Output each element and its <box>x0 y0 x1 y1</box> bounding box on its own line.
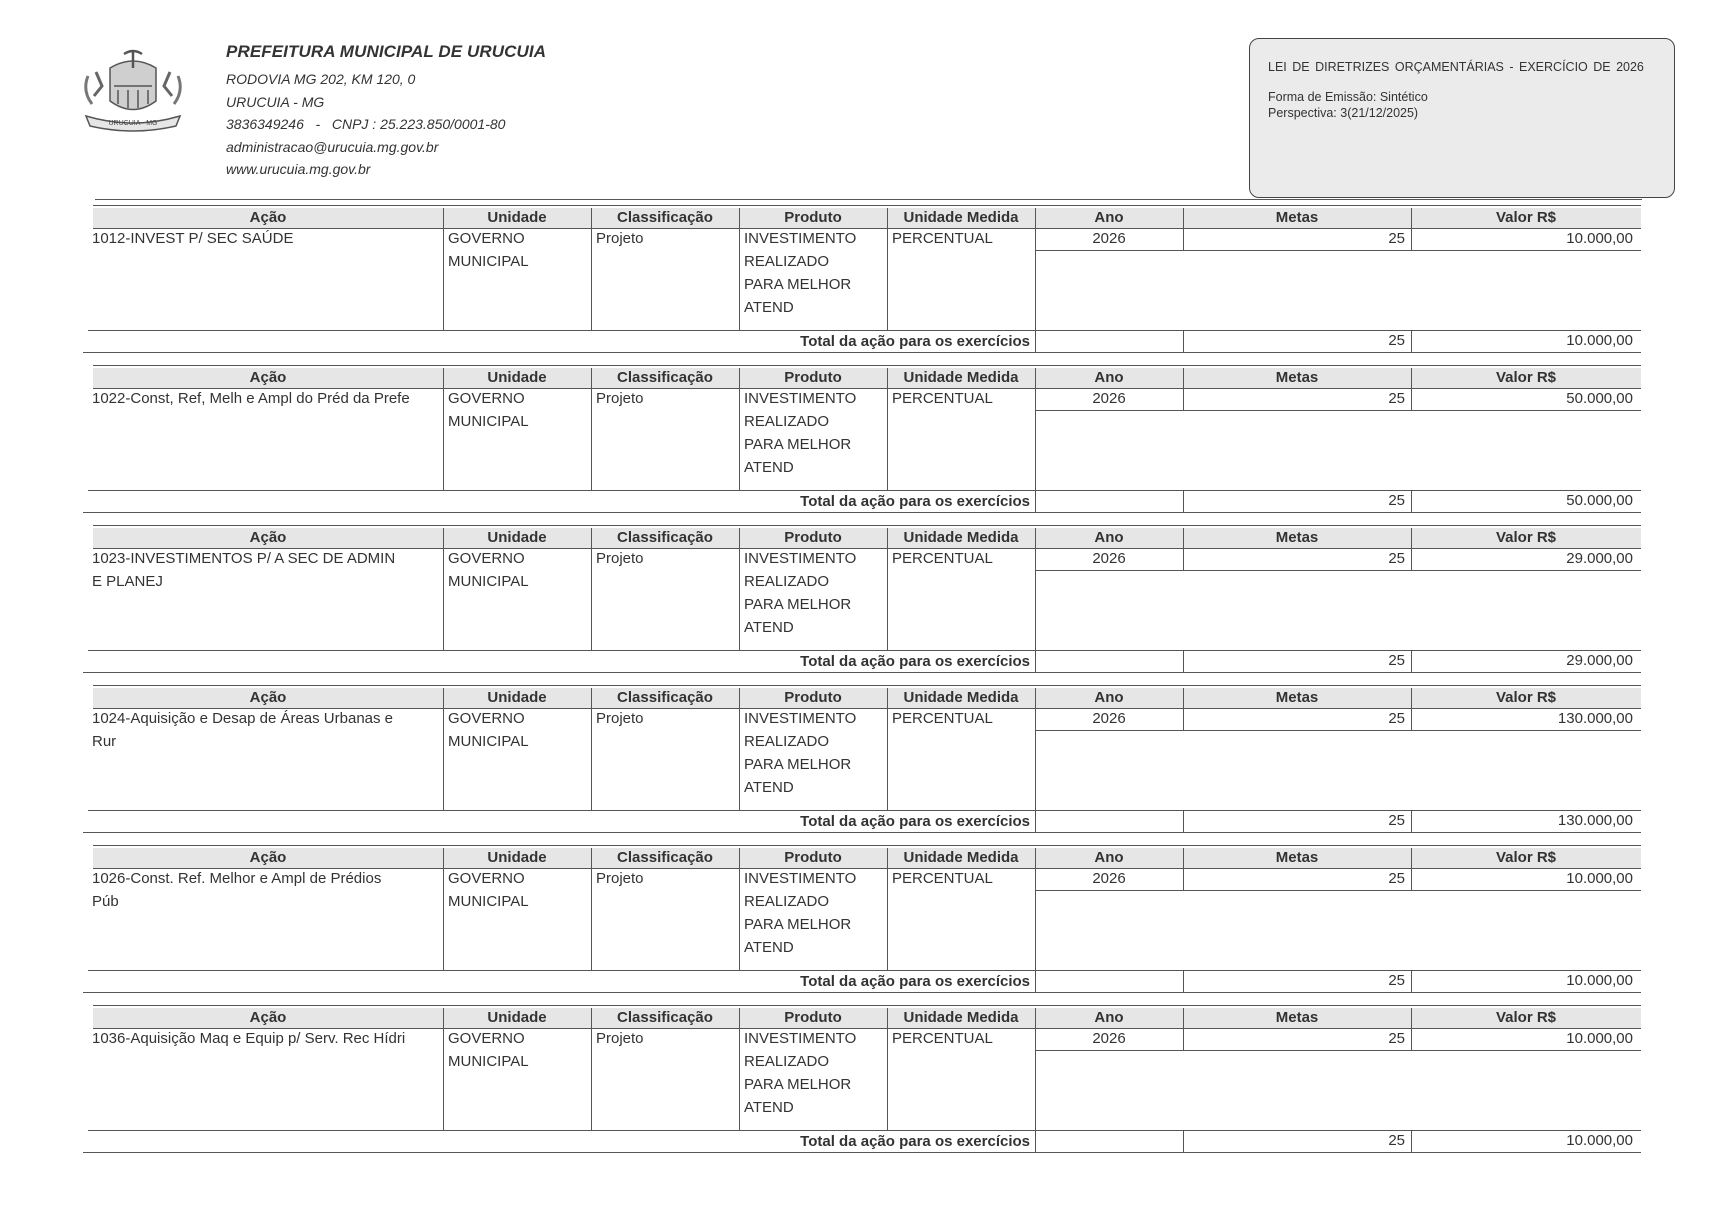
cell-unidade-medida: PERCENTUAL <box>892 707 1032 730</box>
total-valor: 10.000,00 <box>1411 1130 1633 1152</box>
cell-metas: 25 <box>1183 547 1405 570</box>
report-title: LEI DE DIRETRIZES ORÇAMENTÁRIAS - EXERCÍ… <box>1268 59 1656 75</box>
section-bottom-rule <box>83 832 1641 833</box>
cell-ano: 2026 <box>1035 547 1183 570</box>
table-header: Ação Unidade Classificação Produto Unida… <box>93 688 1641 709</box>
total-metas: 25 <box>1183 970 1405 992</box>
cell-acao: 1024-Aquisição e Desap de Áreas Urbanas … <box>92 707 442 753</box>
cell-classificacao: Projeto <box>596 227 736 250</box>
cell-ano: 2026 <box>1035 1027 1183 1050</box>
row-bottom-rule <box>88 1130 1641 1131</box>
column-header-ano: Ano <box>1035 688 1183 708</box>
column-header-unidade: Unidade <box>443 368 591 388</box>
row-divider <box>1035 1050 1641 1051</box>
cell-classificacao: Projeto <box>596 707 736 730</box>
row-divider <box>1035 730 1641 731</box>
cell-unidade-medida: PERCENTUAL <box>892 547 1032 570</box>
cell-acao: 1036-Aquisição Maq e Equip p/ Serv. Rec … <box>92 1027 442 1050</box>
organization-phone-cnpj: 3836349246 - CNPJ : 25.223.850/0001-80 <box>226 113 546 136</box>
column-divider <box>739 528 740 650</box>
column-header-valor: Valor R$ <box>1411 688 1641 708</box>
organization-name: PREFEITURA MUNICIPAL DE URUCUIA <box>226 42 546 62</box>
cell-metas: 25 <box>1183 387 1405 410</box>
column-divider <box>591 208 592 330</box>
total-valor: 50.000,00 <box>1411 490 1633 512</box>
organization-website: www.urucuia.mg.gov.br <box>226 158 546 181</box>
row-divider <box>1035 570 1641 571</box>
column-header-classificacao: Classificação <box>591 688 739 708</box>
column-divider <box>591 848 592 970</box>
action-section: Ação Unidade Classificação Produto Unida… <box>88 205 1641 355</box>
column-divider <box>591 1008 592 1130</box>
total-valor: 130.000,00 <box>1411 810 1633 832</box>
action-section: Ação Unidade Classificação Produto Unida… <box>88 685 1641 835</box>
column-header-classificacao: Classificação <box>591 208 739 228</box>
section-top-rule <box>93 205 1641 206</box>
cell-unidade: GOVERNOMUNICIPAL <box>448 547 588 593</box>
row-bottom-rule <box>88 330 1641 331</box>
row-bottom-rule <box>88 490 1641 491</box>
total-label: Total da ação para os exercícios <box>688 1132 1030 1152</box>
column-header-ano: Ano <box>1035 208 1183 228</box>
table-header: Ação Unidade Classificação Produto Unida… <box>93 528 1641 549</box>
action-section: Ação Unidade Classificação Produto Unida… <box>88 365 1641 515</box>
column-header-ano: Ano <box>1035 1008 1183 1028</box>
total-metas: 25 <box>1183 490 1405 512</box>
row-bottom-rule <box>88 970 1641 971</box>
column-header-unidade-medida: Unidade Medida <box>887 688 1035 708</box>
section-bottom-rule <box>83 352 1641 353</box>
action-section: Ação Unidade Classificação Produto Unida… <box>88 525 1641 675</box>
column-header-unidade: Unidade <box>443 208 591 228</box>
cell-valor: 50.000,00 <box>1411 387 1633 410</box>
total-metas: 25 <box>1183 810 1405 832</box>
header-divider <box>95 199 1642 200</box>
cell-ano: 2026 <box>1035 707 1183 730</box>
column-header-unidade-medida: Unidade Medida <box>887 1008 1035 1028</box>
table-header: Ação Unidade Classificação Produto Unida… <box>93 848 1641 869</box>
cell-unidade: GOVERNOMUNICIPAL <box>448 227 588 273</box>
column-header-unidade: Unidade <box>443 528 591 548</box>
action-section: Ação Unidade Classificação Produto Unida… <box>88 845 1641 995</box>
section-top-rule <box>93 365 1641 366</box>
section-top-rule <box>93 1005 1641 1006</box>
column-header-valor: Valor R$ <box>1411 528 1641 548</box>
column-header-ano: Ano <box>1035 848 1183 868</box>
column-header-acao: Ação <box>93 368 443 388</box>
total-label: Total da ação para os exercícios <box>688 652 1030 672</box>
column-divider <box>739 368 740 490</box>
column-header-acao: Ação <box>93 688 443 708</box>
section-top-rule <box>93 845 1641 846</box>
section-top-rule <box>93 525 1641 526</box>
cell-unidade: GOVERNOMUNICIPAL <box>448 1027 588 1073</box>
cell-metas: 25 <box>1183 1027 1405 1050</box>
cell-ano: 2026 <box>1035 867 1183 890</box>
column-divider <box>739 1008 740 1130</box>
section-bottom-rule <box>83 512 1641 513</box>
column-header-valor: Valor R$ <box>1411 848 1641 868</box>
cell-classificacao: Projeto <box>596 867 736 890</box>
cell-produto: INVESTIMENTOREALIZADOPARA MELHORATEND <box>744 867 884 959</box>
column-divider <box>443 1008 444 1130</box>
column-header-classificacao: Classificação <box>591 848 739 868</box>
column-header-produto: Produto <box>739 848 887 868</box>
section-bottom-rule <box>83 992 1641 993</box>
cell-classificacao: Projeto <box>596 387 736 410</box>
organization-header: PREFEITURA MUNICIPAL DE URUCUIA RODOVIA … <box>226 42 546 181</box>
cell-valor: 130.000,00 <box>1411 707 1633 730</box>
municipal-coat-of-arms-icon: URUCUIA - MG <box>78 46 188 136</box>
cell-valor: 10.000,00 <box>1411 867 1633 890</box>
section-bottom-rule <box>83 1152 1641 1153</box>
svg-text:URUCUIA - MG: URUCUIA - MG <box>109 120 158 127</box>
cell-acao: 1022-Const, Ref, Melh e Ampl do Préd da … <box>92 387 442 410</box>
column-divider <box>739 848 740 970</box>
column-divider <box>887 1008 888 1130</box>
column-divider <box>591 688 592 810</box>
cell-produto: INVESTIMENTOREALIZADOPARA MELHORATEND <box>744 547 884 639</box>
row-divider <box>1035 410 1641 411</box>
total-metas: 25 <box>1183 1130 1405 1152</box>
column-divider <box>887 688 888 810</box>
organization-email: administracao@urucuia.mg.gov.br <box>226 136 546 159</box>
cell-produto: INVESTIMENTOREALIZADOPARA MELHORATEND <box>744 387 884 479</box>
total-label: Total da ação para os exercícios <box>688 812 1030 832</box>
column-divider <box>887 848 888 970</box>
total-label: Total da ação para os exercícios <box>688 492 1030 512</box>
total-label: Total da ação para os exercícios <box>688 972 1030 992</box>
cell-metas: 25 <box>1183 707 1405 730</box>
column-header-metas: Metas <box>1183 848 1411 868</box>
cell-unidade-medida: PERCENTUAL <box>892 227 1032 250</box>
column-divider <box>443 368 444 490</box>
total-valor: 29.000,00 <box>1411 650 1633 672</box>
column-divider <box>443 688 444 810</box>
perspective: Perspectiva: 3(21/12/2025) <box>1268 105 1656 121</box>
column-header-classificacao: Classificação <box>591 1008 739 1028</box>
row-divider <box>1035 250 1641 251</box>
column-header-valor: Valor R$ <box>1411 208 1641 228</box>
column-divider <box>443 528 444 650</box>
report-info-box: LEI DE DIRETRIZES ORÇAMENTÁRIAS - EXERCÍ… <box>1249 38 1675 198</box>
column-divider <box>591 528 592 650</box>
column-header-produto: Produto <box>739 688 887 708</box>
cell-ano: 2026 <box>1035 387 1183 410</box>
cell-unidade-medida: PERCENTUAL <box>892 387 1032 410</box>
cell-unidade: GOVERNOMUNICIPAL <box>448 867 588 913</box>
column-header-produto: Produto <box>739 368 887 388</box>
cell-acao: 1026-Const. Ref. Melhor e Ampl de Prédio… <box>92 867 442 913</box>
total-metas: 25 <box>1183 330 1405 352</box>
cell-metas: 25 <box>1183 867 1405 890</box>
total-label: Total da ação para os exercícios <box>688 332 1030 352</box>
cell-produto: INVESTIMENTOREALIZADOPARA MELHORATEND <box>744 1027 884 1119</box>
column-header-unidade: Unidade <box>443 1008 591 1028</box>
cell-unidade-medida: PERCENTUAL <box>892 867 1032 890</box>
column-divider <box>443 208 444 330</box>
column-header-unidade-medida: Unidade Medida <box>887 208 1035 228</box>
cell-metas: 25 <box>1183 227 1405 250</box>
row-bottom-rule <box>88 810 1641 811</box>
organization-city: URUCUIA - MG <box>226 91 546 114</box>
row-divider <box>1035 890 1641 891</box>
column-divider <box>739 688 740 810</box>
total-valor: 10.000,00 <box>1411 330 1633 352</box>
column-header-metas: Metas <box>1183 368 1411 388</box>
section-bottom-rule <box>83 672 1641 673</box>
column-header-valor: Valor R$ <box>1411 1008 1641 1028</box>
column-header-acao: Ação <box>93 848 443 868</box>
cell-unidade: GOVERNOMUNICIPAL <box>448 707 588 753</box>
organization-address: RODOVIA MG 202, KM 120, 0 <box>226 68 546 91</box>
cell-valor: 29.000,00 <box>1411 547 1633 570</box>
column-header-acao: Ação <box>93 528 443 548</box>
cell-valor: 10.000,00 <box>1411 1027 1633 1050</box>
column-divider <box>443 848 444 970</box>
cell-valor: 10.000,00 <box>1411 227 1633 250</box>
column-divider <box>887 368 888 490</box>
cell-acao: 1012-INVEST P/ SEC SAÚDE <box>92 227 442 250</box>
column-divider <box>887 528 888 650</box>
column-header-unidade-medida: Unidade Medida <box>887 848 1035 868</box>
cell-unidade: GOVERNOMUNICIPAL <box>448 387 588 433</box>
column-divider <box>591 368 592 490</box>
section-top-rule <box>93 685 1641 686</box>
column-header-unidade: Unidade <box>443 848 591 868</box>
table-header: Ação Unidade Classificação Produto Unida… <box>93 368 1641 389</box>
cell-produto: INVESTIMENTOREALIZADOPARA MELHORATEND <box>744 227 884 319</box>
cell-classificacao: Projeto <box>596 1027 736 1050</box>
cell-produto: INVESTIMENTOREALIZADOPARA MELHORATEND <box>744 707 884 799</box>
column-header-metas: Metas <box>1183 688 1411 708</box>
column-header-classificacao: Classificação <box>591 528 739 548</box>
column-header-unidade: Unidade <box>443 688 591 708</box>
column-header-metas: Metas <box>1183 208 1411 228</box>
column-header-unidade-medida: Unidade Medida <box>887 528 1035 548</box>
emission-form: Forma de Emissão: Sintético <box>1268 89 1656 105</box>
column-header-metas: Metas <box>1183 1008 1411 1028</box>
action-section: Ação Unidade Classificação Produto Unida… <box>88 1005 1641 1155</box>
column-header-produto: Produto <box>739 528 887 548</box>
table-header: Ação Unidade Classificação Produto Unida… <box>93 208 1641 229</box>
column-header-produto: Produto <box>739 208 887 228</box>
column-header-unidade-medida: Unidade Medida <box>887 368 1035 388</box>
cell-ano: 2026 <box>1035 227 1183 250</box>
column-header-metas: Metas <box>1183 528 1411 548</box>
table-header: Ação Unidade Classificação Produto Unida… <box>93 1008 1641 1029</box>
column-header-ano: Ano <box>1035 528 1183 548</box>
cell-acao: 1023-INVESTIMENTOS P/ A SEC DE ADMINE PL… <box>92 547 442 593</box>
column-header-classificacao: Classificação <box>591 368 739 388</box>
cell-classificacao: Projeto <box>596 547 736 570</box>
column-header-ano: Ano <box>1035 368 1183 388</box>
column-header-acao: Ação <box>93 208 443 228</box>
cell-unidade-medida: PERCENTUAL <box>892 1027 1032 1050</box>
column-divider <box>887 208 888 330</box>
column-divider <box>739 208 740 330</box>
total-metas: 25 <box>1183 650 1405 672</box>
row-bottom-rule <box>88 650 1641 651</box>
column-header-acao: Ação <box>93 1008 443 1028</box>
column-header-produto: Produto <box>739 1008 887 1028</box>
total-valor: 10.000,00 <box>1411 970 1633 992</box>
column-header-valor: Valor R$ <box>1411 368 1641 388</box>
